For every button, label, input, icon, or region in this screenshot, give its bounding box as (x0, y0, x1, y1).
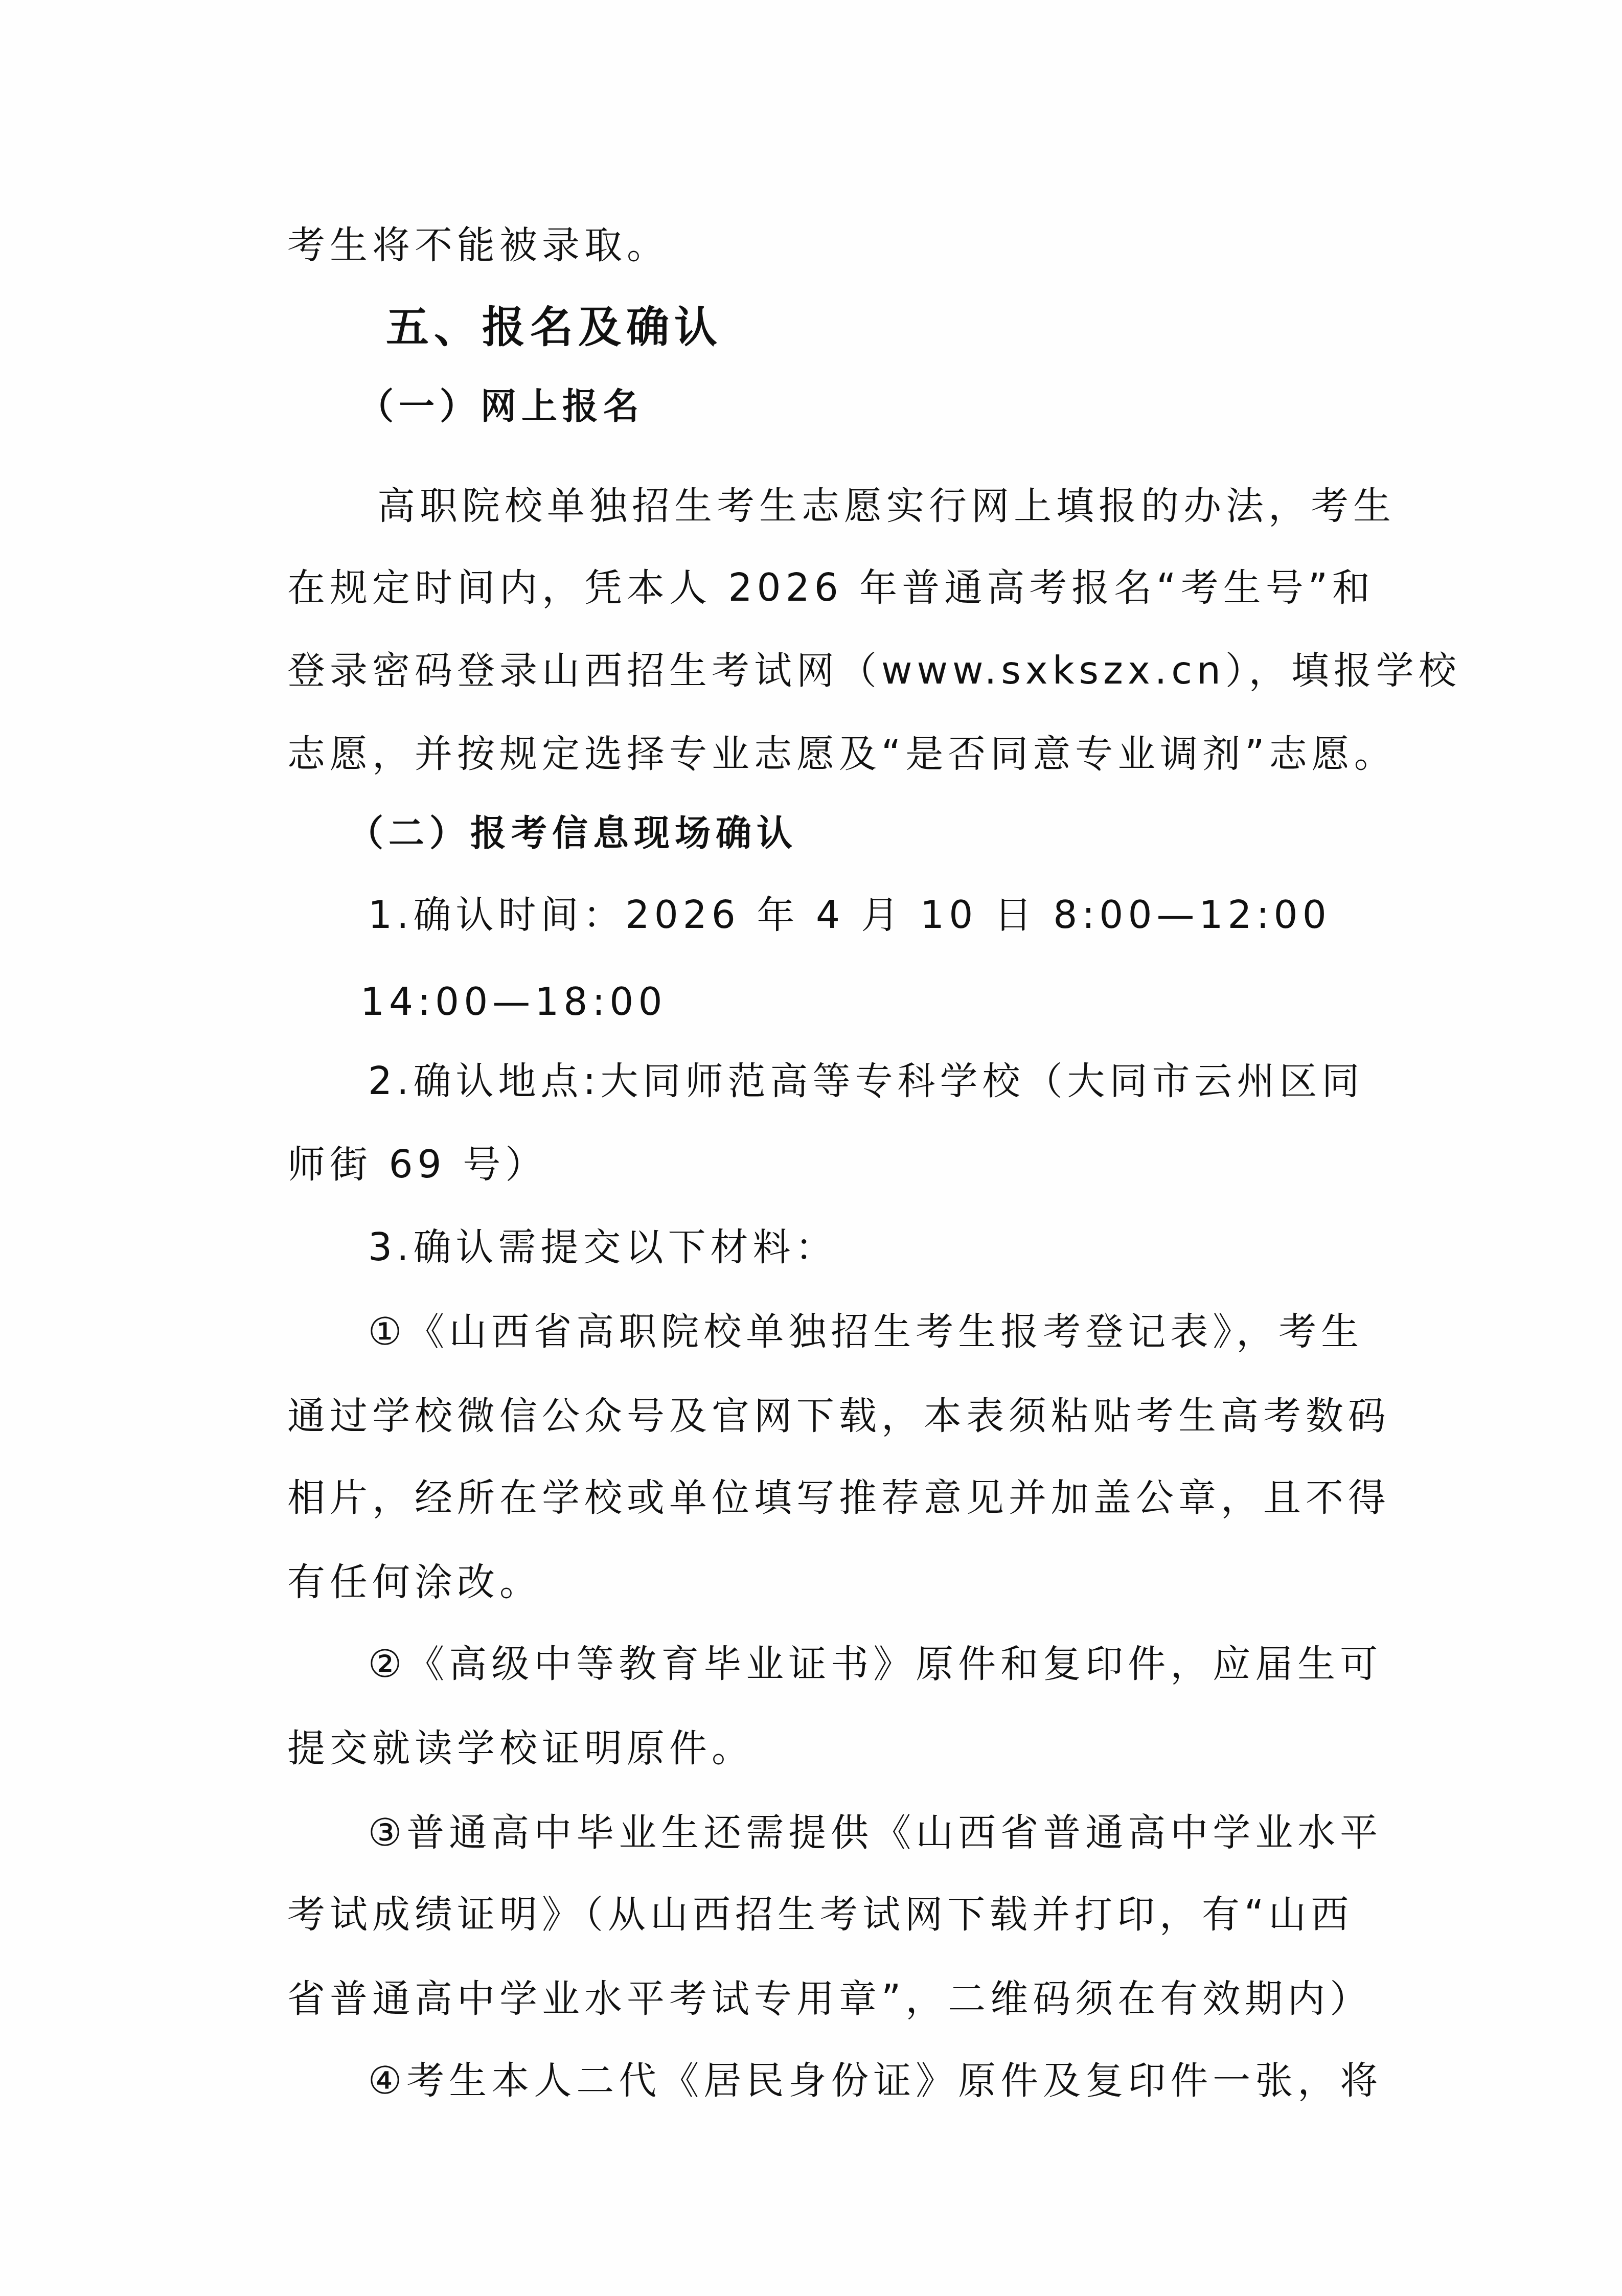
material-1-line-1: ①《山西省高职院校单独招生考生报考登记表》，考生 (368, 1306, 1622, 1357)
subheading-onsite-confirmation: （二）报考信息现场确认 (348, 808, 1622, 859)
confirmation-location-line-2: 师街 69 号） (287, 1139, 1622, 1190)
subheading-online-registration: （一）网上报名 (358, 381, 1622, 432)
confirmation-time-line-1: 1.确认时间：2026 年 4 月 10 日 8:00—12:00 (368, 890, 1622, 941)
material-3-line-3: 省普通高中学业水平考试专用章”，二维码须在有效期内） (287, 1973, 1622, 2025)
material-1-line-3: 相片，经所在学校或单位填写推荐意见并加盖公章，且不得 (287, 1472, 1622, 1524)
paragraph-online-line-2: 在规定时间内，凭本人 2026 年普通高考报名“考生号”和 (287, 562, 1622, 613)
body-line-admission-warning: 考生将不能被录取。 (287, 220, 1622, 271)
confirmation-time-line-2: 14:00—18:00 (360, 976, 1622, 1028)
paragraph-online-line-3: 登录密码登录山西招生考试网（www.sxkszx.cn），填报学校 (287, 645, 1622, 696)
materials-heading: 3.确认需提交以下材料： (368, 1222, 1622, 1273)
material-3-line-1: ③普通高中毕业生还需提供《山西省普通高中学业水平 (368, 1807, 1622, 1858)
material-2-line-1: ②《高级中等教育毕业证书》原件和复印件，应届生可 (368, 1639, 1622, 1690)
confirmation-location-line-1: 2.确认地点:大同师范高等专科学校（大同市云州区同 (368, 1056, 1622, 1107)
material-3-line-2: 考试成绩证明》（从山西招生考试网下载并打印，有“山西 (287, 1889, 1622, 1940)
paragraph-online-line-1: 高职院校单独招生考生志愿实行网上填报的办法，考生 (377, 481, 1622, 532)
paragraph-online-line-4: 志愿，并按规定选择专业志愿及“是否同意专业调剂”志愿。 (287, 729, 1622, 780)
material-2-line-2: 提交就读学校证明原件。 (287, 1723, 1622, 1774)
material-1-line-4: 有任何涂改。 (287, 1557, 1622, 1608)
section-heading-registration: 五、报名及确认 (386, 302, 1622, 353)
material-1-line-2: 通过学校微信公众号及官网下载，本表须粘贴考生高考数码 (287, 1391, 1622, 1442)
document-page: 考生将不能被录取。 五、报名及确认 （一）网上报名 高职院校单独招生考生志愿实行… (0, 0, 1622, 2296)
material-4-line-1: ④考生本人二代《居民身份证》原件及复印件一张，将 (368, 2055, 1622, 2106)
